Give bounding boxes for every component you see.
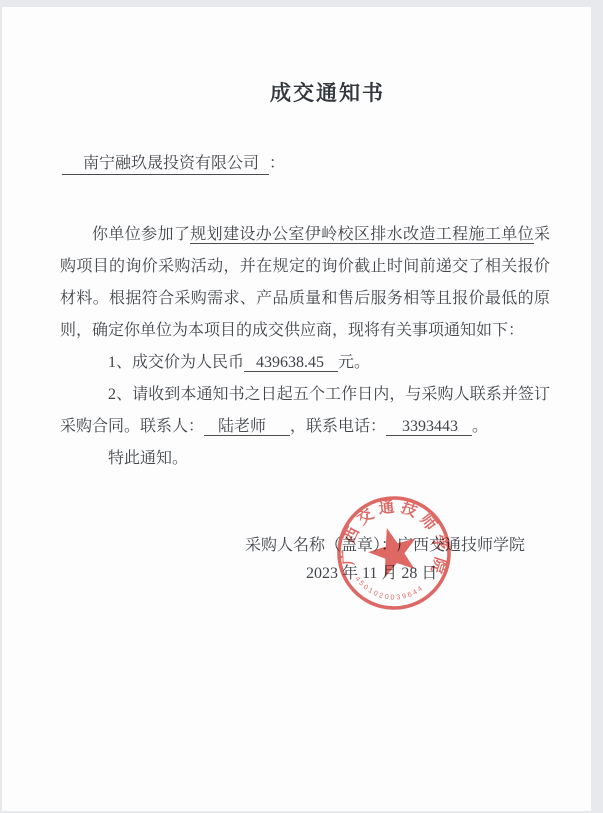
addressee-colon: ： (269, 155, 285, 172)
item-1: 1、成交价为人民币439638.45元。 (60, 347, 550, 379)
scanned-document-page: 成交通知书 南宁融玖晟投资有限公司： 你单位参加了规划建设办公室伊岭校区排水改造… (2, 7, 591, 811)
item-1-tail: 元。 (338, 354, 370, 371)
signature-line: 采购人名称（盖章）：广西交通技师学院 (245, 532, 525, 555)
item-1-lead: 1、成交价为人民币 (108, 354, 244, 371)
document-body: 你单位参加了规划建设办公室伊岭校区排水改造工程施工单位采购项目的询价采购活动，并… (60, 219, 550, 475)
addressee-line: 南宁融玖晟投资有限公司： (62, 150, 285, 175)
signature-org: 广西交通技师学院 (397, 537, 525, 554)
addressee-name: 南宁融玖晟投资有限公司 (62, 155, 269, 175)
item-2: 2、请收到本通知书之日起五个工作日内，与采购人联系并签订采购合同。联系人：陆老师… (60, 379, 550, 443)
contact-phone: 3393443 (386, 418, 472, 436)
signature-label: 采购人名称（盖章）： (245, 537, 397, 554)
project-name-underlined: 规划建设办公室伊岭校区排水改造工程施工单位 (190, 226, 534, 244)
award-amount: 439638.45 (244, 354, 338, 372)
paragraph-1: 你单位参加了规划建设办公室伊岭校区排水改造工程施工单位采购项目的询价采购活动，并… (60, 219, 550, 347)
contact-name: 陆老师 (204, 418, 290, 436)
date-line: 2023 年 11 月 28 日 (306, 560, 437, 583)
closing-text: 特此通知。 (108, 450, 188, 467)
item-2-mid: ，联系电话： (290, 418, 386, 435)
paragraph-1-lead: 你单位参加了 (92, 226, 190, 243)
closing-line: 特此通知。 (60, 443, 550, 475)
item-2-tail: 。 (472, 418, 488, 435)
document-title: 成交通知书 (33, 77, 603, 107)
